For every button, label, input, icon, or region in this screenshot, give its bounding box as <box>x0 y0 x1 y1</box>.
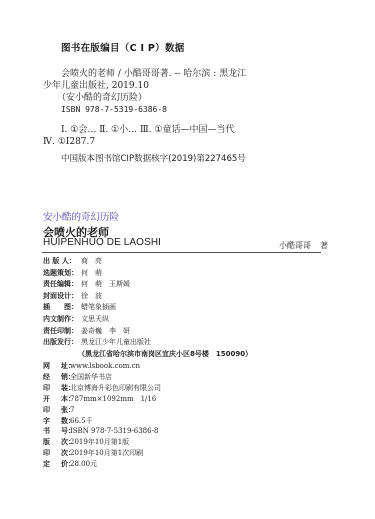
detail-value: 2019年10月第1次印刷 <box>70 449 143 457</box>
credit-label: 出 版 人： <box>43 256 81 268</box>
detail-value: 66.5千 <box>70 417 93 425</box>
detail-value: 28.00元 <box>70 460 97 468</box>
author-role: 著 <box>320 241 328 250</box>
detail-row: 网址：www.lsbook.com.cn <box>43 361 161 372</box>
credit-row: 插 图：蜡笔象插画 <box>43 302 151 314</box>
credit-value: 姜奇巍 李 妍 <box>81 327 130 335</box>
detail-label: 价： <box>61 459 70 470</box>
website-link[interactable]: www.lsbook.com.cn <box>70 362 140 370</box>
credits-list: 出 版 人：商 亮 选题策划：何 萌 责任编辑：何 萌 王斯媛 封面设计：徐 波… <box>43 256 151 349</box>
credit-row: 责任编辑：何 萌 王斯媛 <box>43 279 151 291</box>
detail-label: 址： <box>61 361 70 372</box>
cip-entry-line: 会喷火的老师 / 小酷哥哥著. -- 哈尔滨 : 黑龙江 <box>61 68 246 80</box>
credit-value: 商 亮 <box>81 257 102 265</box>
credit-row: 内文制作：文思天纵 <box>43 314 151 326</box>
detail-value: 7 <box>70 406 74 414</box>
credit-row: 出版发行：黑龙江少年儿童出版社 <box>43 337 151 349</box>
detail-value: 全国新华书店 <box>70 373 112 381</box>
cip-verification-number: 中国版本图书馆CIP数据核字(2019)第227465号 <box>61 153 246 165</box>
detail-label: 印 <box>43 405 61 416</box>
detail-row: 定价：28.00元 <box>43 459 161 470</box>
book-title-pinyin: HUIPENHUO DE LAOSHI <box>43 237 161 248</box>
credit-label: 出版发行： <box>43 337 81 349</box>
credit-label: 封面设计： <box>43 291 81 303</box>
cip-series-line: （安小酷的奇幻历险） <box>57 92 147 104</box>
detail-label: 数： <box>61 416 70 427</box>
cip-classification: Ⅰ. ①会… Ⅱ. ①小… Ⅲ. ①童话—中国—当代 <box>61 124 234 136</box>
detail-row: 字数：66.5千 <box>43 416 161 427</box>
credit-label: 内文制作： <box>43 314 81 326</box>
detail-label: 定 <box>43 459 61 470</box>
detail-value: 787mm×1092mm 1/16 <box>70 395 156 403</box>
publisher-address: （黑龙江省哈尔滨市南岗区宜庆小区8号楼 150090） <box>78 349 252 361</box>
detail-value: ISBN 978-7-5319-6386-8 <box>70 427 158 435</box>
credit-label: 责任印制： <box>43 326 81 338</box>
detail-label: 字 <box>43 416 61 427</box>
series-title: 安小酷的奇幻历险 <box>43 209 119 223</box>
credit-row: 选题策划：何 萌 <box>43 268 151 280</box>
detail-label: 书 <box>43 426 61 437</box>
detail-label: 号： <box>61 426 70 437</box>
detail-row: 印装：北京博海升彩色印刷有限公司 <box>43 383 161 394</box>
author-name: 小酷哥哥 <box>279 241 311 250</box>
cip-classification: Ⅳ. ①I287.7 <box>43 136 95 148</box>
credit-value: 何 萌 王斯媛 <box>81 280 130 288</box>
credit-value: 何 萌 <box>81 269 102 277</box>
detail-label: 销： <box>61 372 70 383</box>
publication-details: 网址：www.lsbook.com.cn 经销：全国新华书店 印装：北京博海升彩… <box>43 361 161 470</box>
detail-label: 经 <box>43 372 61 383</box>
cip-heading: 图书在版编目（C I P）数据 <box>61 40 185 54</box>
detail-label: 印 <box>43 448 61 459</box>
credit-label: 选题策划： <box>43 268 81 280</box>
cip-isbn: ISBN 978-7-5319-6386-8 <box>61 104 167 116</box>
author-credit: 小酷哥哥著 <box>279 240 328 251</box>
detail-label: 张： <box>61 405 70 416</box>
credit-row: 出 版 人：商 亮 <box>43 256 151 268</box>
detail-row: 开本：787mm×1092mm 1/16 <box>43 394 161 405</box>
detail-row: 经销：全国新华书店 <box>43 372 161 383</box>
detail-label: 开 <box>43 394 61 405</box>
credit-label: 插 图： <box>43 302 81 314</box>
detail-label: 装： <box>61 383 70 394</box>
detail-label: 本： <box>61 394 70 405</box>
detail-label: 次： <box>61 448 70 459</box>
credit-value: 蜡笔象插画 <box>81 303 116 311</box>
credit-row: 封面设计：徐 波 <box>43 291 151 303</box>
title-divider <box>42 252 321 253</box>
detail-value: 北京博海升彩色印刷有限公司 <box>70 384 161 392</box>
detail-label: 网 <box>43 361 61 372</box>
cip-entry-line: 少年儿童出版社, 2019.10 <box>43 80 149 92</box>
credit-value: 文思天纵 <box>81 315 109 323</box>
detail-row: 版次：2019年10月第1版 <box>43 437 161 448</box>
credit-label: 责任编辑： <box>43 279 81 291</box>
detail-row: 印张：7 <box>43 405 161 416</box>
detail-row: 书号：ISBN 978-7-5319-6386-8 <box>43 426 161 437</box>
detail-row: 印次：2019年10月第1次印刷 <box>43 448 161 459</box>
detail-value: 2019年10月第1版 <box>70 438 129 446</box>
detail-label: 版 <box>43 437 61 448</box>
credit-value: 徐 波 <box>81 292 102 300</box>
detail-label: 印 <box>43 383 61 394</box>
credit-value: 黑龙江少年儿童出版社 <box>81 338 151 346</box>
detail-label: 次： <box>61 437 70 448</box>
credit-row: 责任印制：姜奇巍 李 妍 <box>43 326 151 338</box>
